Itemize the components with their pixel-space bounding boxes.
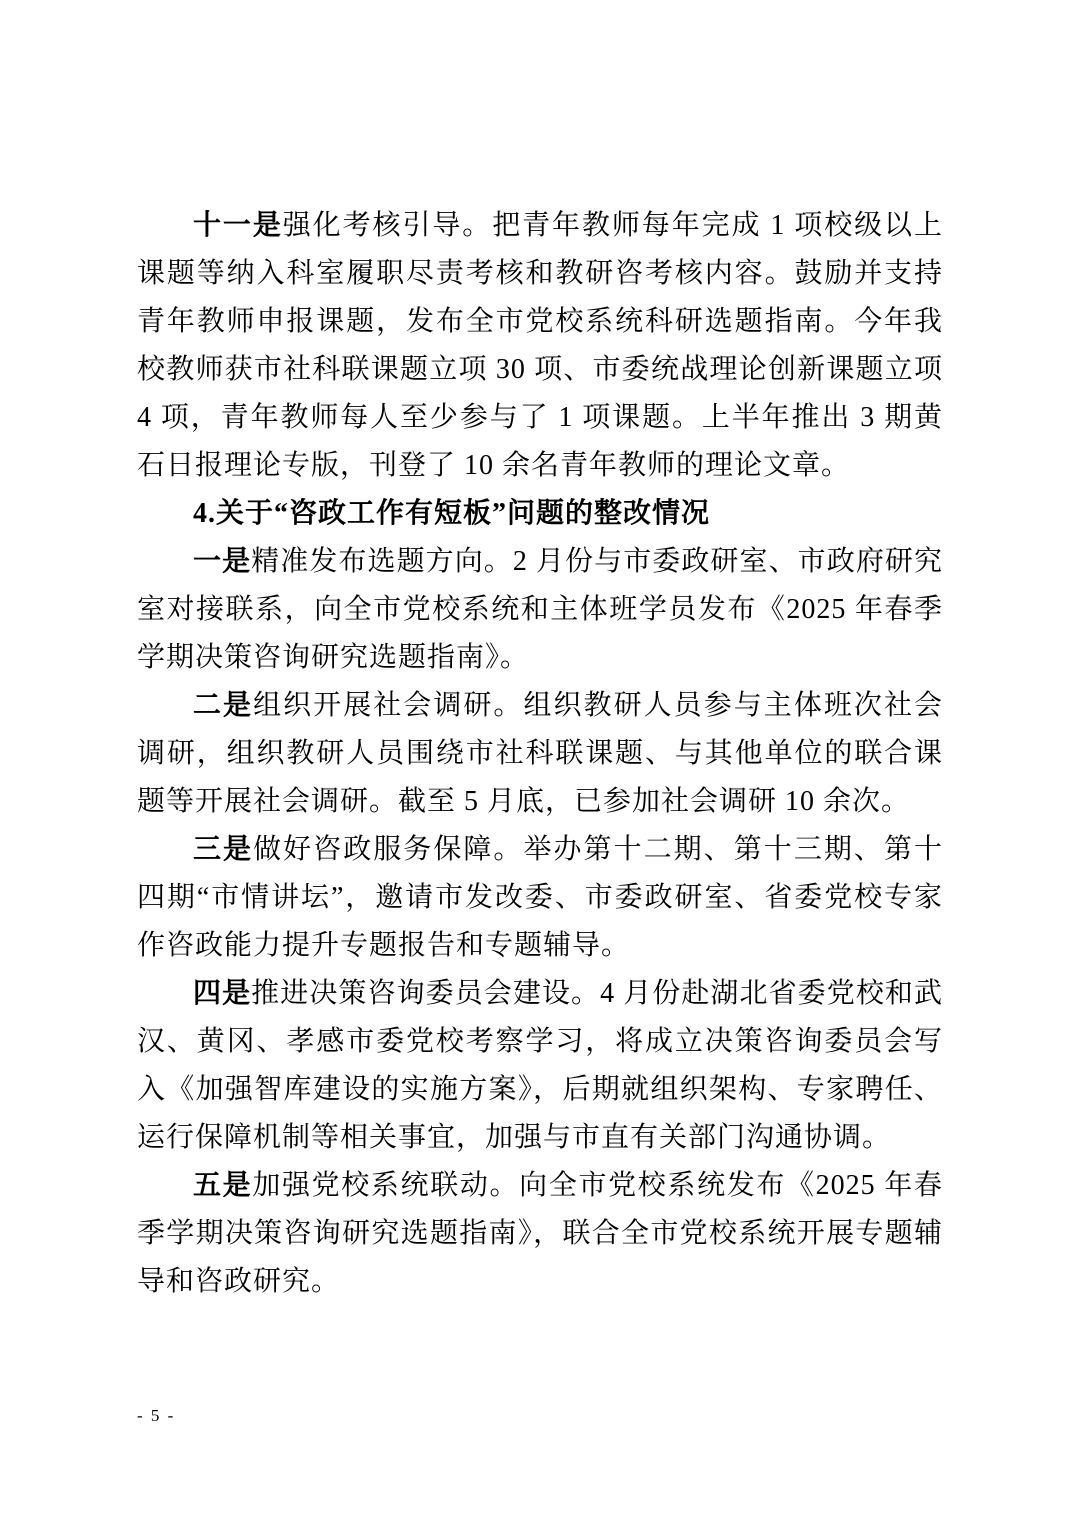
paragraph-text: 精准发布选题方向。2 月份与市委政研室、市政府研究室对接联系，向全市党校系统和主… — [137, 546, 943, 673]
document-page: 十一是强化考核引导。把青年教师每年完成 1 项校级以上课题等纳入科室履职尽责考核… — [0, 0, 1074, 1520]
paragraph: 五是加强党校系统联动。向全市党校系统发布《2025 年春季学期决策咨询研究选题指… — [137, 1162, 943, 1306]
paragraph-lead: 二是 — [193, 690, 253, 721]
page-number: - 5 - — [137, 1404, 175, 1428]
paragraph-lead: 一是 — [193, 546, 251, 577]
paragraph-text: 强化考核引导。把青年教师每年完成 1 项校级以上课题等纳入科室履职尽责考核和教研… — [137, 210, 943, 481]
paragraph-text: 推进决策咨询委员会建设。4 月份赴湖北省委党校和武汉、黄冈、孝感市委党校考察学习… — [137, 978, 943, 1153]
paragraph-text: 组织开展社会调研。组织教研人员参与主体班次社会调研，组织教研人员围绕市社科联课题… — [137, 690, 943, 817]
paragraph-text: 加强党校系统联动。向全市党校系统发布《2025 年春季学期决策咨询研究选题指南》… — [137, 1170, 943, 1297]
paragraph: 二是组织开展社会调研。组织教研人员参与主体班次社会调研，组织教研人员围绕市社科联… — [137, 682, 943, 826]
paragraph-lead: 十一是 — [193, 210, 283, 241]
section-heading: 4.关于“咨政工作有短板”问题的整改情况 — [137, 490, 943, 538]
paragraph-lead: 四是 — [193, 978, 251, 1009]
paragraph-text: 做好咨政服务保障。举办第十二期、第十三期、第十四期“市情讲坛”，邀请市发改委、市… — [137, 834, 943, 961]
paragraph: 三是做好咨政服务保障。举办第十二期、第十三期、第十四期“市情讲坛”，邀请市发改委… — [137, 826, 943, 970]
paragraph: 四是推进决策咨询委员会建设。4 月份赴湖北省委党校和武汉、黄冈、孝感市委党校考察… — [137, 970, 943, 1162]
paragraph: 一是精准发布选题方向。2 月份与市委政研室、市政府研究室对接联系，向全市党校系统… — [137, 538, 943, 682]
paragraph: 十一是强化考核引导。把青年教师每年完成 1 项校级以上课题等纳入科室履职尽责考核… — [137, 202, 943, 490]
paragraph-lead: 三是 — [193, 834, 253, 865]
document-body: 十一是强化考核引导。把青年教师每年完成 1 项校级以上课题等纳入科室履职尽责考核… — [137, 202, 943, 1306]
paragraph-lead: 五是 — [193, 1170, 252, 1201]
